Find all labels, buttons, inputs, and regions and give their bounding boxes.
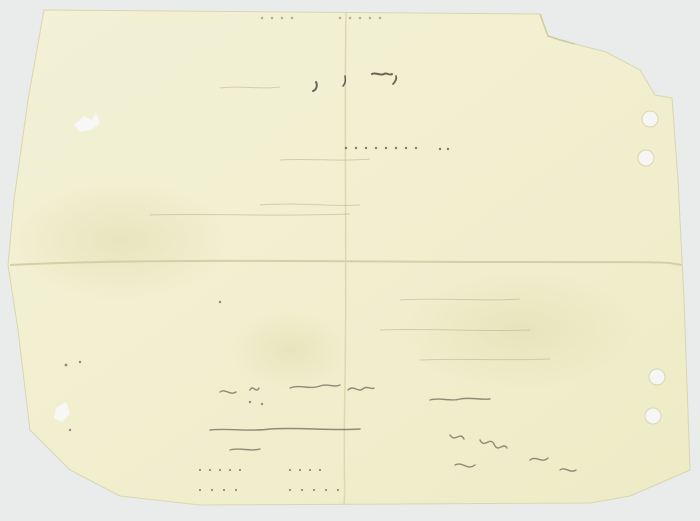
punch-hole-1 [642,111,658,127]
document-scan [0,0,700,521]
paper-sheet [0,0,700,521]
punch-hole-3 [649,369,665,385]
punch-hole-2 [638,150,654,166]
punch-hole-4 [645,408,661,424]
